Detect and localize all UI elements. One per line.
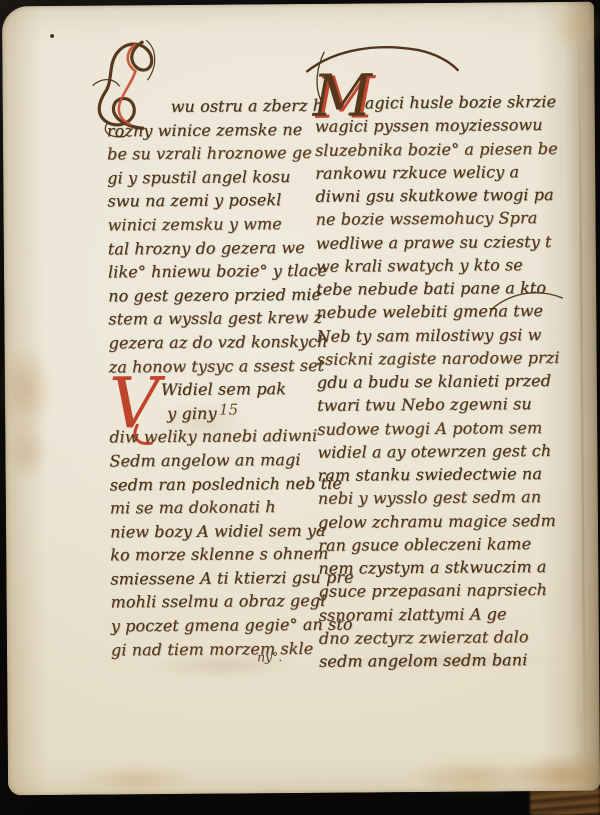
- manuscript-text-line: swu na zemi y posekl: [107, 188, 313, 213]
- manuscript-text-line: widiel a ay otewrzen gest ch: [317, 439, 575, 464]
- manuscript-text-line: sluzebnika bozie° a piesen be: [315, 136, 573, 161]
- catchword: ny°.: [257, 649, 282, 664]
- manuscript-text-line: like° hniewu bozie° y tlace: [108, 259, 314, 284]
- stain: [550, 4, 600, 52]
- manuscript-text-line: rankowu rzkuce welicy a: [315, 160, 573, 185]
- manuscript-text-line: no gest gezero przied mie: [108, 283, 314, 308]
- manuscript-text-line: mi se ma dokonati h: [110, 495, 316, 520]
- manuscript-text-line: wedliwe a prawe su cziesty t: [316, 229, 574, 254]
- manuscript-text-line: dno zectyrz zwierzat dalo: [319, 625, 577, 650]
- manuscript-text-line: niew bozy A widiel sem ya: [110, 519, 316, 544]
- manuscript-text-line: ne bozie wssemohucy Spra: [316, 206, 574, 231]
- manuscript-text-line: Sedm angelow an magi: [109, 448, 315, 473]
- manuscript-text-line: Neb ty sam milostiwy gsi w: [316, 322, 574, 347]
- manuscript-text-line: winici zemsku y wme: [108, 212, 314, 237]
- stain: [506, 754, 600, 797]
- manuscript-text-line: twari twu Nebo zgewni su: [317, 392, 575, 417]
- manuscript-text-line: tebe nebude bati pane a kto: [316, 276, 574, 301]
- manuscript-text-line: agici husle bozie skrzie: [315, 90, 573, 115]
- manuscript-page: M M V wu ostru a zberz hrozny winice zem…: [2, 2, 600, 796]
- manuscript-text-line: rozny winice zemske ne: [107, 117, 313, 142]
- manuscript-text-line: stem a wyssla gest krew z: [108, 306, 314, 331]
- manuscript-text-line: ran gsuce obleczeni kame: [318, 532, 576, 557]
- manuscript-text-line: ssickni zagiste narodowe przi: [317, 346, 575, 371]
- chapter-number: 15: [219, 400, 238, 418]
- photo-frame: M M V wu ostru a zberz hrozny winice zem…: [0, 0, 600, 815]
- manuscript-text-line: ram stanku swiedectwie na: [318, 462, 576, 487]
- manuscript-text-line: za honow tysyc a ssest set: [109, 353, 315, 378]
- manuscript-text-line: gezera az do vzd konskych: [108, 330, 314, 355]
- manuscript-text-line: diw weliky nanebi adiwni: [109, 424, 315, 449]
- manuscript-text-line: we krali swatych y kto se: [316, 253, 574, 278]
- stain: [78, 765, 194, 794]
- text-column-right: agici husle bozie skrziewagici pyssen mo…: [315, 90, 578, 673]
- manuscript-text-line: tal hrozny do gezera we: [108, 235, 314, 260]
- stain: [5, 418, 50, 482]
- manuscript-text-line: nem czystym a stkwuczim a: [318, 555, 576, 580]
- manuscript-text-line: mohli sselmu a obraz gegi: [111, 589, 317, 614]
- manuscript-text-line: gelow zchramu magice sedm: [318, 508, 576, 533]
- manuscript-text-line: gdu a budu se klanieti przed: [317, 369, 575, 394]
- manuscript-text-line: gi nad tiem morzem skle: [111, 637, 317, 662]
- manuscript-text-line: nebude welebiti gmena twe: [316, 299, 574, 324]
- manuscript-text-line: wagici pyssen moyziessowu: [315, 113, 573, 138]
- manuscript-text-line: nebi y wysslo gest sedm an: [318, 485, 576, 510]
- manuscript-text-line: be su vzrali hroznowe ge: [107, 141, 313, 166]
- manuscript-text-line: Widiel sem pak: [109, 377, 315, 402]
- manuscript-text-line: sedm ran poslednich neb tie: [110, 471, 316, 496]
- manuscript-text-line: y giny: [109, 401, 315, 426]
- manuscript-text-line: gi y spustil angel kosu: [107, 165, 313, 190]
- text-column-left: wu ostru a zberz hrozny winice zemske ne…: [107, 94, 317, 662]
- manuscript-text-line: sedm angelom sedm bani: [319, 648, 577, 673]
- manuscript-text-line: y poczet gmena gegie° an sto: [111, 613, 317, 638]
- manuscript-text-line: gsuce przepasani naprsiech: [318, 578, 576, 603]
- manuscript-text-line: diwni gsu skutkowe twogi pa: [315, 183, 573, 208]
- manuscript-text-line: smiessene A ti ktierzi gsu pre: [110, 566, 316, 591]
- ink-spot: [50, 34, 54, 38]
- manuscript-text-line: ssnorami zlattymi A ge: [319, 601, 577, 626]
- manuscript-text-line: wu ostru a zberz h: [107, 94, 313, 119]
- manuscript-text-line: ko morze sklenne s ohnem: [110, 542, 316, 567]
- manuscript-text-line: sudowe twogi A potom sem: [317, 415, 575, 440]
